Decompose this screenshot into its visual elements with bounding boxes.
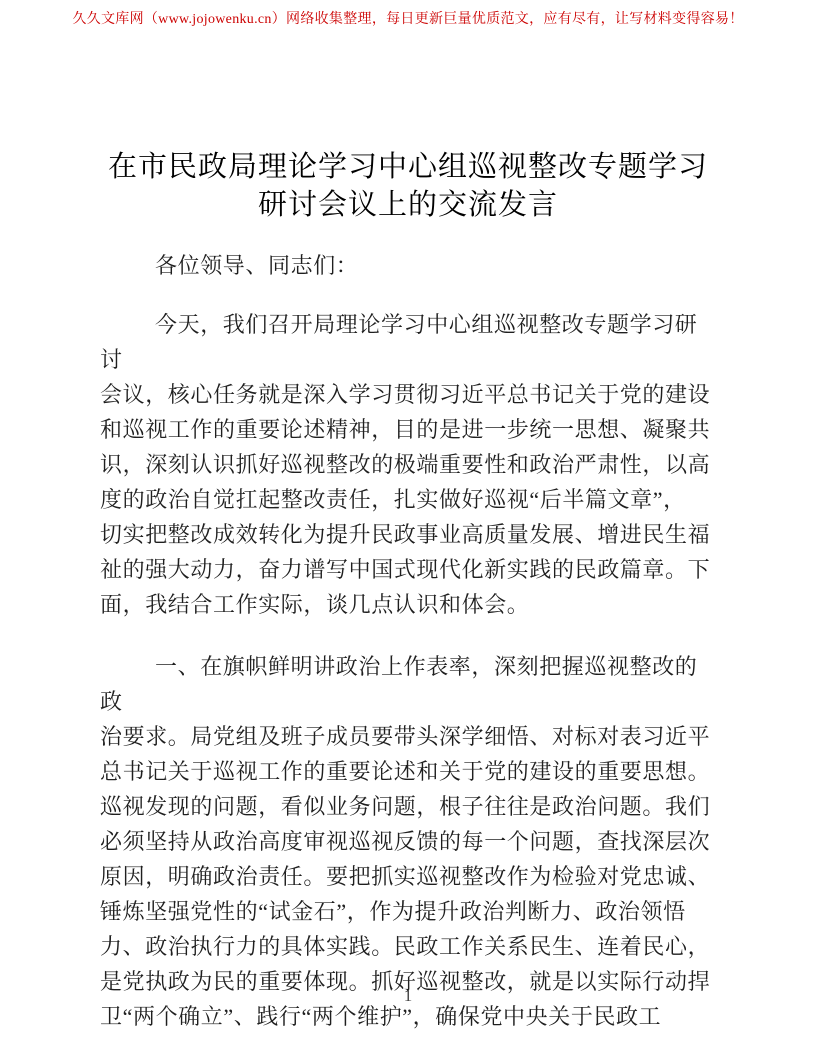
document-title: 在市民政局理论学习中心组巡视整改专题学习 研讨会议上的交流发言 <box>100 148 716 224</box>
salutation-line: 各位领导、同志们： <box>100 248 716 283</box>
page-number: 1 <box>0 985 816 1007</box>
paragraph-intro: 今天，我们召开局理论学习中心组巡视整改专题学习研讨 会议，核心任务就是深入学习贯… <box>100 307 716 622</box>
document-body: 各位领导、同志们： 今天，我们召开局理论学习中心组巡视整改专题学习研讨 会议，核… <box>100 248 716 1034</box>
paragraph-section-one: 一、在旗帜鲜明讲政治上作表率，深刻把握巡视整改的政 治要求。局党组及班子成员要带… <box>100 649 716 1034</box>
watermark-header: 久久文库网（www.jojowenku.cn）网络收集整理，每日更新巨量优质范文… <box>0 0 816 30</box>
document-page: 久久文库网（www.jojowenku.cn）网络收集整理，每日更新巨量优质范文… <box>0 0 816 1056</box>
